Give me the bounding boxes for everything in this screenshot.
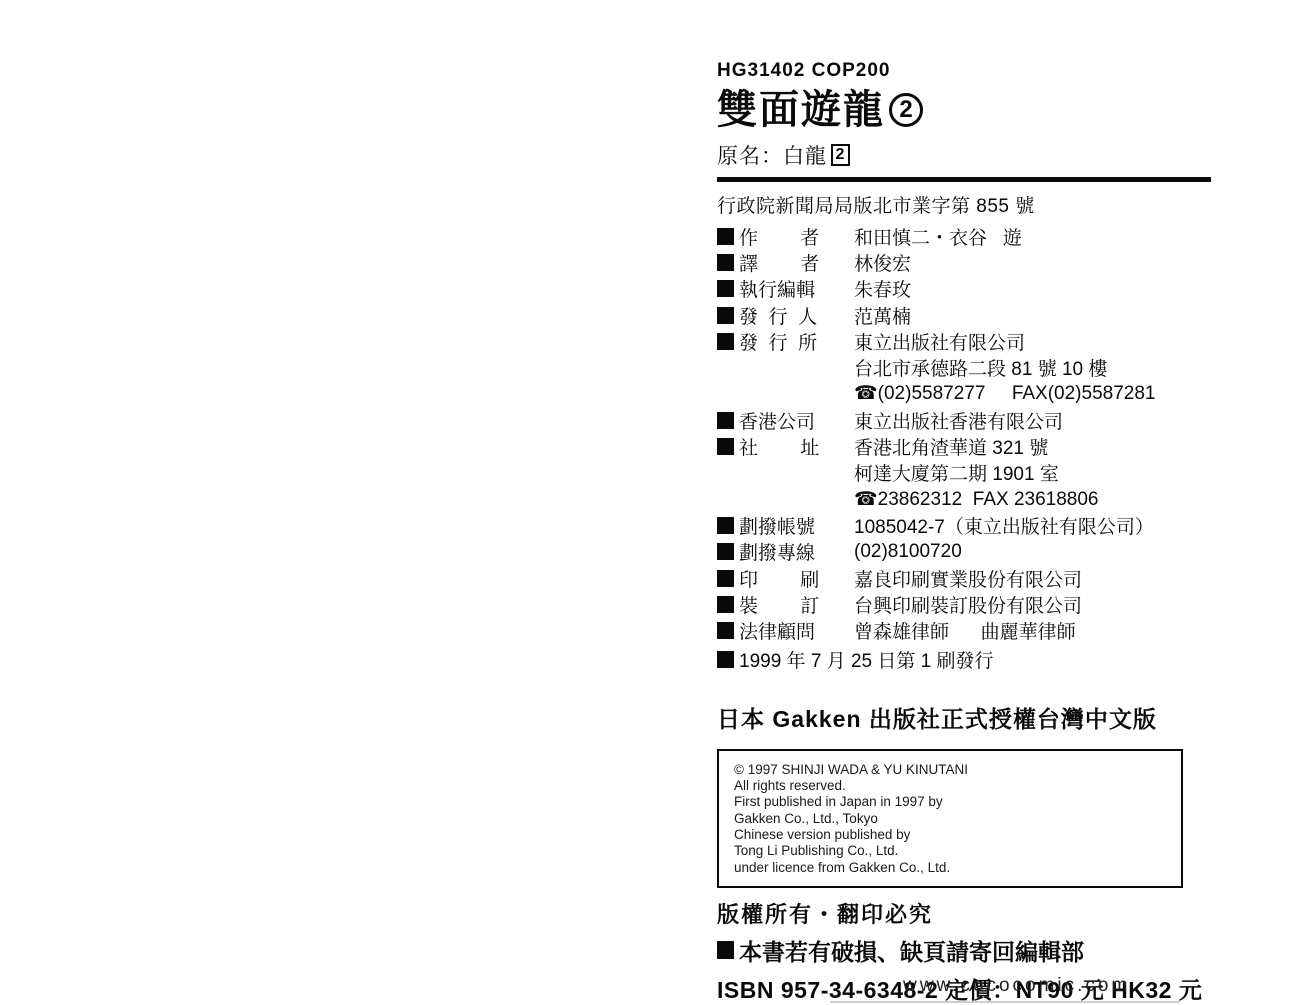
credits-table: 作 者 和田慎二・衣谷 遊 譯 者 林俊宏 執行編輯 朱春玫 發 行 人 范萬楠… <box>717 223 1227 644</box>
bullet-square-icon <box>717 438 734 455</box>
book-title-text: 雙面遊龍 <box>717 86 885 134</box>
bullet-square-icon <box>717 280 734 297</box>
credit-value: 東立出版社香港有限公司 <box>854 407 1063 434</box>
credit-row-publisher-person: 發 行 人 范萬楠 <box>717 302 1227 328</box>
volume-circle-badge: 2 <box>889 93 923 127</box>
credit-value: 1085042-7（東立出版社有限公司） <box>854 512 1154 539</box>
credit-row-postal-line: 劃撥專線 (02)8100720 <box>717 539 1227 565</box>
credit-row-printing: 印 刷 嘉良印刷實業股份有限公司 <box>717 565 1227 591</box>
bullet-square-icon <box>717 941 734 959</box>
credit-value: 台興印刷裝訂股份有限公司 <box>854 591 1082 618</box>
credit-label: 作 者 <box>739 223 819 250</box>
credit-value: 曾森雄律師 曲麗華律師 <box>854 617 1076 644</box>
bullet-square-icon <box>717 517 734 534</box>
website-url: www.cococomic.com <box>903 975 1130 997</box>
print-date-text: 1999 年 7 月 25 日第 1 刷發行 <box>739 646 994 673</box>
credit-value: 林俊宏 <box>854 249 911 276</box>
copyright-line: Tong Li Publishing Co., Ltd. <box>734 843 1181 859</box>
copyright-box: © 1997 SHINJI WADA & YU KINUTANI All rig… <box>717 749 1183 888</box>
credit-value: (02)8100720 <box>854 541 962 563</box>
bullet-square-icon <box>717 333 734 350</box>
credit-value: 朱春玫 <box>854 275 911 302</box>
credit-row-author: 作 者 和田慎二・衣谷 遊 <box>717 223 1227 249</box>
credit-value: ☎23862312 FAX 23618806 <box>854 488 1098 511</box>
credit-row-binding: 裝 訂 台興印刷裝訂股份有限公司 <box>717 591 1227 617</box>
bullet-square-icon <box>717 543 734 560</box>
credit-value: 東立出版社有限公司 <box>854 328 1025 355</box>
credit-row-phone-cont: ☎(02)5587277 FAX(02)5587281 <box>717 381 1227 407</box>
rights-notice: 版權所有・翻印必究 <box>717 898 1227 929</box>
credit-label: 執行編輯 <box>739 275 815 302</box>
bullet-square-icon <box>717 412 734 429</box>
credit-value: 台北市承德路二段 81 號 10 樓 <box>854 354 1107 381</box>
copyright-line: Chinese version published by <box>734 827 1181 843</box>
return-notice: 本書若有破損、缺頁請寄回編輯部 <box>717 934 1227 967</box>
colophon-column: HG31402 COP200 雙面遊龍 2 原名：白龍 2 行政院新聞局局版北市… <box>717 0 1227 1005</box>
credit-label: 法律顧問 <box>739 617 815 644</box>
print-date-row: 1999 年 7 月 25 日第 1 刷發行 <box>717 646 1227 673</box>
registration-line: 行政院新聞局局版北市業字第 855 號 <box>717 191 1227 218</box>
return-notice-text: 本書若有破損、缺頁請寄回編輯部 <box>739 934 1084 967</box>
credit-row-hk-phone-cont: ☎23862312 FAX 23618806 <box>717 486 1227 512</box>
credit-row-address-cont: 台北市承德路二段 81 號 10 樓 <box>717 354 1227 380</box>
license-line: 日本 Gakken 出版社正式授權台灣中文版 <box>717 701 1227 734</box>
bullet-square-icon <box>717 622 734 639</box>
copyright-line: First published in Japan in 1997 by <box>734 794 1181 810</box>
credit-value: ☎(02)5587277 FAX(02)5587281 <box>854 382 1155 405</box>
credit-value: 嘉良印刷實業股份有限公司 <box>854 565 1082 592</box>
print-code: HG31402 COP200 <box>717 60 1227 82</box>
bullet-square-icon <box>717 228 734 245</box>
bullet-square-icon <box>717 570 734 587</box>
original-title: 原名：白龍 2 <box>717 140 1227 170</box>
credit-label: 裝 訂 <box>739 591 819 618</box>
bullet-square-icon <box>717 254 734 271</box>
credit-label: 譯 者 <box>739 249 819 276</box>
credit-value: 香港北角渣華道 321 號 <box>854 433 1048 460</box>
bullet-square-icon <box>717 307 734 324</box>
credit-label: 劃撥帳號 <box>739 512 815 539</box>
credit-value: 和田慎二・衣谷 遊 <box>854 223 1022 250</box>
divider-rule <box>717 177 1211 182</box>
credit-label: 香港公司 <box>739 407 815 434</box>
bullet-square-icon <box>717 651 734 668</box>
credit-row-hk-address-cont: 柯達大廈第二期 1901 室 <box>717 460 1227 486</box>
credit-label: 社 址 <box>739 433 819 460</box>
credit-row-publisher: 發 行 所 東立出版社有限公司 <box>717 328 1227 354</box>
original-title-text: 原名：白龍 <box>717 140 827 170</box>
book-title: 雙面遊龍 2 <box>717 86 1227 134</box>
credit-row-translator: 譯 者 林俊宏 <box>717 249 1227 275</box>
credit-label: 發 行 人 <box>739 302 817 329</box>
credit-row-hk-address: 社 址 香港北角渣華道 321 號 <box>717 433 1227 459</box>
original-volume-box: 2 <box>831 144 850 166</box>
credit-label: 印 刷 <box>739 565 819 592</box>
credit-row-editor: 執行編輯 朱春玫 <box>717 276 1227 302</box>
credit-label: 發 行 所 <box>739 328 817 355</box>
copyright-line: All rights reserved. <box>734 778 1181 794</box>
copyright-line: Gakken Co., Ltd., Tokyo <box>734 811 1181 827</box>
credit-value: 范萬楠 <box>854 302 911 329</box>
credit-row-postal-account: 劃撥帳號 1085042-7（東立出版社有限公司） <box>717 512 1227 538</box>
bullet-square-icon <box>717 596 734 613</box>
credit-label: 劃撥專線 <box>739 538 815 565</box>
credit-value: 柯達大廈第二期 1901 室 <box>854 459 1059 486</box>
credit-row-hk-company: 香港公司 東立出版社香港有限公司 <box>717 407 1227 433</box>
copyright-line: © 1997 SHINJI WADA & YU KINUTANI <box>734 762 1181 778</box>
page-bottom-edge <box>830 1001 1180 1003</box>
copyright-line: under licence from Gakken Co., Ltd. <box>734 860 1181 876</box>
credit-row-legal: 法律顧問 曾森雄律師 曲麗華律師 <box>717 617 1227 643</box>
